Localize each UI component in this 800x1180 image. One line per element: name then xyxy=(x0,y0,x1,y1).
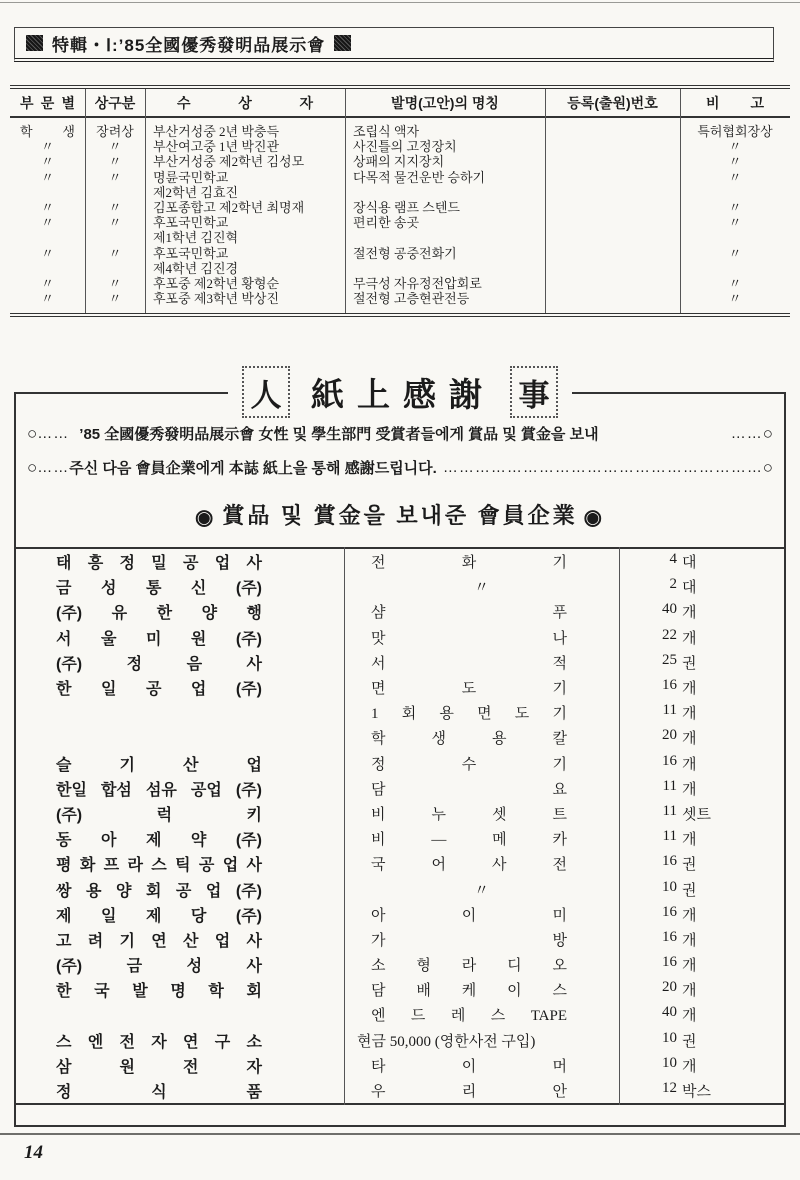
gift-qty: 20 개 xyxy=(619,979,784,1000)
gift-qty-unit: 개 xyxy=(677,1055,697,1076)
gift-qty-number: 11 xyxy=(619,803,677,824)
cell-note: 〃 xyxy=(680,215,790,230)
gift-item: 담 요 xyxy=(344,778,619,799)
gift-qty: 16 개 xyxy=(619,929,784,950)
gift-qty-unit: 권 xyxy=(677,652,697,673)
gift-qty-number: 16 xyxy=(619,677,677,698)
company-row: (주) 럭 키 비 누 셋 트 11 셋트 xyxy=(16,801,784,826)
cell-category: 〃 xyxy=(10,291,85,306)
cell-winner: 제2학년 김효진 xyxy=(145,185,345,200)
cell-regno xyxy=(545,185,680,200)
cell-category xyxy=(10,261,85,276)
gift-qty-unit: 개 xyxy=(677,778,697,799)
gift-qty-number: 16 xyxy=(619,954,677,975)
cell-winner: 후포국민학교 xyxy=(145,246,345,261)
gift-qty-number: 40 xyxy=(619,601,677,622)
company-row: 고 려 기 연 산 업 사 가 방 16 개 xyxy=(16,927,784,952)
gift-qty: 16 개 xyxy=(619,954,784,975)
gift-qty: 10 개 xyxy=(619,1055,784,1076)
cell-invention: 무극성 자유정전압회로 xyxy=(345,276,545,291)
gift-qty: 16 개 xyxy=(619,904,784,925)
cell-note: 〃 xyxy=(680,291,790,306)
cell-invention: 사진틀의 고정장치 xyxy=(345,139,545,154)
cell-regno xyxy=(545,230,680,245)
gift-item: 맛 나 xyxy=(344,627,619,648)
awards-col-regno: 등록(출원)번호 xyxy=(545,93,680,113)
cell-regno xyxy=(545,200,680,215)
gift-qty-number: 20 xyxy=(619,979,677,1000)
gift-qty-number: 4 xyxy=(619,551,677,572)
company-name: 쌍 용 양 회 공 업 (주) xyxy=(16,878,344,901)
award-line: 제4학년 김진경 xyxy=(10,261,790,276)
cell-award xyxy=(85,261,145,276)
cell-winner: 후포국민학교 xyxy=(145,215,345,230)
cell-award: 〃 xyxy=(85,139,145,154)
gift-qty: 22 개 xyxy=(619,627,784,648)
dot-leader: …… xyxy=(37,425,69,442)
cell-winner: 명륜국민학교 xyxy=(145,170,345,185)
companies-divider xyxy=(344,547,345,1105)
cell-winner: 후포중 제2학년 황형순 xyxy=(145,276,345,291)
companies-heading: ◉賞品 및 賞金을 보내준 會員企業◉ xyxy=(16,499,784,530)
gift-qty-unit: 박스 xyxy=(677,1080,711,1101)
gift-item: 비 누 셋 트 xyxy=(344,803,619,824)
company-name: 서 울 미 원 (주) xyxy=(16,626,344,649)
gift-qty-unit: 개 xyxy=(677,753,697,774)
cell-note xyxy=(680,230,790,245)
gift-item: 엔 드 레 스 TAPE xyxy=(344,1004,619,1025)
company-row: 제 일 제 당 (주) 아 이 미 16 개 xyxy=(16,902,784,927)
cell-invention: 편리한 송곳 xyxy=(345,215,545,230)
gift-qty-number: 25 xyxy=(619,652,677,673)
gift-qty-unit: 권 xyxy=(677,879,697,900)
awards-divider xyxy=(345,89,346,313)
cell-invention xyxy=(345,185,545,200)
gift-qty: 16 권 xyxy=(619,853,784,874)
company-name: 삼 원 전 자 xyxy=(16,1054,344,1077)
gift-qty-unit: 개 xyxy=(677,702,697,723)
company-name: 제 일 제 당 (주) xyxy=(16,903,344,926)
cell-award: 〃 xyxy=(85,200,145,215)
company-row: 슬 기 산 업 정 수 기 16 개 xyxy=(16,751,784,776)
gift-item: 면 도 기 xyxy=(344,677,619,698)
company-row: (주) 금 성 사 소 형 라 디 오 16 개 xyxy=(16,952,784,977)
gift-qty: 12 박스 xyxy=(619,1080,784,1101)
company-row: (주) 유 한 양 행 샴 푸 40 개 xyxy=(16,599,784,624)
gift-qty-unit: 개 xyxy=(677,627,697,648)
company-row: 금 성 통 신 (주) 〃 2 대 xyxy=(16,574,784,599)
cell-note: 〃 xyxy=(680,170,790,185)
gift-qty-number: 16 xyxy=(619,853,677,874)
cell-award xyxy=(85,230,145,245)
cell-category: 〃 xyxy=(10,154,85,169)
company-name: (주) 럭 키 xyxy=(16,802,344,825)
gift-item: 학 생 용 칼 xyxy=(344,727,619,748)
gift-item: 1 회 용 면 도 기 xyxy=(344,702,619,723)
gift-qty-unit: 개 xyxy=(677,677,697,698)
company-name: 정 식 품 xyxy=(16,1079,344,1102)
company-name: 금 성 통 신 (주) xyxy=(16,575,344,598)
gift-qty-number: 16 xyxy=(619,904,677,925)
company-name: 태 흥 정 밀 공 업 사 xyxy=(16,550,344,573)
gift-item: 소 형 라 디 오 xyxy=(344,954,619,975)
cell-invention: 조립식 액자 xyxy=(345,124,545,139)
gift-qty-unit: 개 xyxy=(677,954,697,975)
award-line: 〃 〃 부산여고중 1년 박진관 사진틀의 고정장치 〃 xyxy=(10,139,790,154)
cell-invention: 상패의 지지장치 xyxy=(345,154,545,169)
cell-note xyxy=(680,185,790,200)
gift-qty-number: 40 xyxy=(619,1004,677,1025)
page-top-rule xyxy=(0,2,800,3)
gift-qty-number: 16 xyxy=(619,753,677,774)
gift-qty: 40 개 xyxy=(619,601,784,622)
cell-award: 〃 xyxy=(85,276,145,291)
cell-category xyxy=(10,230,85,245)
intro-line-2-text: 주신 다음 會員企業에게 本誌 紙上을 통해 感謝드립니다. xyxy=(69,457,437,478)
cell-regno xyxy=(545,170,680,185)
circle-icon: ○ xyxy=(27,424,37,444)
cell-category xyxy=(10,185,85,200)
gift-qty: 16 개 xyxy=(619,753,784,774)
cell-category: 〃 xyxy=(10,276,85,291)
awards-col-note: 비 고 xyxy=(680,93,790,113)
gift-item: 〃 xyxy=(344,576,619,597)
company-name: 고 려 기 연 산 업 사 xyxy=(16,928,344,951)
cell-regno xyxy=(545,139,680,154)
cell-invention: 절전형 공중전화기 xyxy=(345,246,545,261)
dot-leader: …… xyxy=(731,425,763,442)
award-line: 〃 〃 부산거성중 제2학년 김성모 상패의 지지장치 〃 xyxy=(10,154,790,169)
award-line: 〃 〃 후포국민학교 편리한 송곳 〃 xyxy=(10,215,790,230)
company-row: 한 일 공 업 (주) 면 도 기 16 개 xyxy=(16,675,784,700)
gift-qty-number: 20 xyxy=(619,727,677,748)
magazine-page: 特輯・Ⅰ:’85全國優秀發明品展示會 부 문 별 상구분 수 상 자 발명(고안… xyxy=(0,0,800,1180)
section-header-box: 特輯・Ⅰ:’85全國優秀發明品展示會 xyxy=(14,27,774,62)
cell-note: 특허협회장상 xyxy=(680,124,790,139)
company-name: (주) 정 음 사 xyxy=(16,651,344,674)
gift-qty-unit: 개 xyxy=(677,979,697,1000)
gift-qty: 25 권 xyxy=(619,652,784,673)
company-name: 슬 기 산 업 xyxy=(16,752,344,775)
gift-qty-number: 16 xyxy=(619,929,677,950)
gift-qty: 20 개 xyxy=(619,727,784,748)
cell-award: 〃 xyxy=(85,154,145,169)
gift-item: 타 이 머 xyxy=(344,1055,619,1076)
gift-item: 아 이 미 xyxy=(344,904,619,925)
dot-leader: …… xyxy=(37,459,69,476)
thanks-title: 人 紙上感謝 事 xyxy=(228,366,572,418)
deco-block-icon xyxy=(26,35,43,51)
gift-qty-number: 11 xyxy=(619,828,677,849)
awards-col-winner: 수 상 자 xyxy=(145,93,345,113)
gift-qty: 11 개 xyxy=(619,778,784,799)
gift-qty-number: 11 xyxy=(619,702,677,723)
company-row: 스 엔 전 자 연 구 소 현금 50,000 (영한사전 구입) 10 권 xyxy=(16,1028,784,1053)
cell-note: 〃 xyxy=(680,154,790,169)
companies-divider xyxy=(619,547,620,1105)
gift-qty-number: 10 xyxy=(619,879,677,900)
cell-regno xyxy=(545,246,680,261)
intro-line-1-text: ’85 全國優秀發明品展示會 女性 및 學生部門 受賞者들에게 賞品 및 賞金을… xyxy=(79,423,730,444)
cell-invention xyxy=(345,230,545,245)
cell-category: 〃 xyxy=(10,170,85,185)
cell-category: 〃 xyxy=(10,200,85,215)
awards-divider xyxy=(545,89,546,313)
title-text: 紙上感謝 xyxy=(305,369,495,416)
gift-qty: 16 개 xyxy=(619,677,784,698)
company-row: 동 아 제 약 (주) 비 — 메 카 11 개 xyxy=(16,826,784,851)
cell-regno xyxy=(545,124,680,139)
gift-qty-unit: 개 xyxy=(677,904,697,925)
company-name: 스 엔 전 자 연 구 소 xyxy=(16,1029,344,1052)
awards-divider xyxy=(85,89,86,313)
company-row: 쌍 용 양 회 공 업 (주) 〃 10 권 xyxy=(16,876,784,901)
award-line: 〃 〃 후포중 제2학년 황형순 무극성 자유정전압회로 〃 xyxy=(10,276,790,291)
cell-winner: 후포중 제3학년 박상진 xyxy=(145,291,345,306)
awards-divider xyxy=(680,89,681,313)
cell-category: 학 생 xyxy=(10,124,85,139)
bullseye-icon: ◉ xyxy=(189,505,222,529)
gift-item: 〃 xyxy=(344,879,619,900)
section-header-title: 特輯・Ⅰ:’85全國優秀發明品展示會 xyxy=(52,31,325,56)
gift-item: 담 배 케 이 스 xyxy=(344,979,619,1000)
gift-qty: 4 대 xyxy=(619,551,784,572)
cell-award: 〃 xyxy=(85,291,145,306)
gift-qty-unit: 대 xyxy=(677,576,697,597)
award-line: 〃 〃 후포중 제3학년 박상진 절전형 고층현관전등 〃 xyxy=(10,291,790,306)
companies-heading-text: 賞品 및 賞金을 보내준 會員企業 xyxy=(222,503,577,528)
footer-rule xyxy=(0,1133,800,1135)
cell-award xyxy=(85,185,145,200)
thanks-box: 人 紙上感謝 事 ○ …… ’85 全國優秀發明品展示會 女性 및 學生部門 受… xyxy=(14,392,786,1127)
gift-item: 서 적 xyxy=(344,652,619,673)
gift-qty-unit: 셋트 xyxy=(677,803,711,824)
dot-leader: ……………………………………………………………………………… xyxy=(443,459,763,476)
cell-note: 〃 xyxy=(680,276,790,291)
gift-item: 정 수 기 xyxy=(344,753,619,774)
company-name: 동 아 제 약 (주) xyxy=(16,827,344,850)
cell-award: 장려상 xyxy=(85,124,145,139)
awards-col-award: 상구분 xyxy=(85,93,145,113)
company-name: 평 화 프 라 스 틱 공 업 사 xyxy=(16,852,344,875)
cell-note: 〃 xyxy=(680,200,790,215)
cell-category: 〃 xyxy=(10,246,85,261)
gift-qty-number: 11 xyxy=(619,778,677,799)
company-row: 1 회 용 면 도 기 11 개 xyxy=(16,700,784,725)
gift-item: 전 화 기 xyxy=(344,551,619,572)
cell-invention: 다목적 물건운반 승하기 xyxy=(345,170,545,185)
gift-item: 가 방 xyxy=(344,929,619,950)
cell-regno xyxy=(545,154,680,169)
circle-icon: ○ xyxy=(763,458,773,478)
gift-item: 현금 50,000 (영한사전 구입) xyxy=(344,1030,619,1051)
gift-qty: 2 대 xyxy=(619,576,784,597)
gift-qty-unit: 대 xyxy=(677,551,697,572)
awards-divider xyxy=(145,89,146,313)
cell-invention xyxy=(345,261,545,276)
cell-regno xyxy=(545,276,680,291)
gift-qty-unit: 개 xyxy=(677,1004,697,1025)
award-line: 제2학년 김효진 xyxy=(10,185,790,200)
page-number: 14 xyxy=(24,1142,43,1164)
company-name: 한일 합섬 섬유 공업 (주) xyxy=(16,777,344,800)
gift-qty-unit: 개 xyxy=(677,828,697,849)
award-line: 제1학년 김진혁 xyxy=(10,230,790,245)
gift-qty-number: 12 xyxy=(619,1080,677,1101)
title-boxed-char-left: 人 xyxy=(242,366,290,418)
awards-table: 부 문 별 상구분 수 상 자 발명(고안)의 명칭 등록(출원)번호 비 고 … xyxy=(10,85,790,317)
cell-category: 〃 xyxy=(10,215,85,230)
gift-qty-number: 2 xyxy=(619,576,677,597)
gift-qty: 40 개 xyxy=(619,1004,784,1025)
cell-regno xyxy=(545,215,680,230)
gift-qty: 10 권 xyxy=(619,879,784,900)
cell-invention: 절전형 고층현관전등 xyxy=(345,291,545,306)
company-name: (주) 유 한 양 행 xyxy=(16,600,344,623)
cell-winner: 제1학년 김진혁 xyxy=(145,230,345,245)
cell-winner: 부산여고중 1년 박진관 xyxy=(145,139,345,154)
gift-item: 샴 푸 xyxy=(344,601,619,622)
cell-note: 〃 xyxy=(680,246,790,261)
gift-qty-unit: 개 xyxy=(677,601,697,622)
company-row: 학 생 용 칼 20 개 xyxy=(16,725,784,750)
gift-item: 우 리 안 xyxy=(344,1080,619,1101)
companies-table: 태 흥 정 밀 공 업 사 전 화 기 4 대 금 성 통 신 (주) 〃 2 … xyxy=(16,547,784,1105)
award-line: 〃 〃 명륜국민학교 다목적 물건운반 승하기 〃 xyxy=(10,170,790,185)
award-line: 〃 〃 김포종합고 제2학년 최명재 장식용 램프 스텐드 〃 xyxy=(10,200,790,215)
award-line: 학 생 장려상 부산거성중 2년 박충득 조립식 액자 특허협회장상 xyxy=(10,124,790,139)
cell-winner: 부산거성중 2년 박충득 xyxy=(145,124,345,139)
company-name: 한 일 공 업 (주) xyxy=(16,676,344,699)
cell-winner: 제4학년 김진경 xyxy=(145,261,345,276)
intro-line-2: ○ …… 주신 다음 會員企業에게 本誌 紙上을 통해 感謝드립니다. …………… xyxy=(27,457,773,478)
company-row: 정 식 품 우 리 안 12 박스 xyxy=(16,1078,784,1103)
gift-qty-unit: 개 xyxy=(677,727,697,748)
cell-note: 〃 xyxy=(680,139,790,154)
cell-award: 〃 xyxy=(85,215,145,230)
cell-category: 〃 xyxy=(10,139,85,154)
company-row: 한일 합섬 섬유 공업 (주) 담 요 11 개 xyxy=(16,776,784,801)
cell-award: 〃 xyxy=(85,246,145,261)
deco-block-icon xyxy=(334,35,351,51)
company-name: (주) 금 성 사 xyxy=(16,953,344,976)
company-row: 평 화 프 라 스 틱 공 업 사 국 어 사 전 16 권 xyxy=(16,851,784,876)
gift-qty: 11 개 xyxy=(619,828,784,849)
circle-icon: ○ xyxy=(763,424,773,444)
company-row: 서 울 미 원 (주) 맛 나 22 개 xyxy=(16,625,784,650)
cell-note xyxy=(680,261,790,276)
gift-item: 국 어 사 전 xyxy=(344,853,619,874)
circle-icon: ○ xyxy=(27,458,37,478)
company-row: 엔 드 레 스 TAPE 40 개 xyxy=(16,1002,784,1027)
cell-invention: 장식용 램프 스텐드 xyxy=(345,200,545,215)
cell-regno xyxy=(545,291,680,306)
cell-award: 〃 xyxy=(85,170,145,185)
awards-col-invention: 발명(고안)의 명칭 xyxy=(345,93,545,113)
gift-item: 비 — 메 카 xyxy=(344,828,619,849)
company-row: (주) 정 음 사 서 적 25 권 xyxy=(16,650,784,675)
company-row: 한 국 발 명 학 회 담 배 케 이 스 20 개 xyxy=(16,977,784,1002)
awards-body: 학 생 장려상 부산거성중 2년 박충득 조립식 액자 특허협회장상 〃 〃 부… xyxy=(10,118,790,313)
company-row: 태 흥 정 밀 공 업 사 전 화 기 4 대 xyxy=(16,549,784,574)
cell-winner: 부산거성중 제2학년 김성모 xyxy=(145,154,345,169)
company-row: 삼 원 전 자 타 이 머 10 개 xyxy=(16,1053,784,1078)
intro-line-1: ○ …… ’85 全國優秀發明品展示會 女性 및 學生部門 受賞者들에게 賞品 … xyxy=(27,423,773,444)
gift-qty-number: 10 xyxy=(619,1055,677,1076)
gift-qty: 11 셋트 xyxy=(619,803,784,824)
gift-qty-unit: 개 xyxy=(677,929,697,950)
gift-qty-number: 22 xyxy=(619,627,677,648)
bullseye-icon: ◉ xyxy=(578,505,611,529)
gift-qty: 10 권 xyxy=(619,1030,784,1051)
cell-regno xyxy=(545,261,680,276)
company-name: 한 국 발 명 학 회 xyxy=(16,978,344,1001)
gift-qty-number: 10 xyxy=(619,1030,677,1051)
title-boxed-char-right: 事 xyxy=(510,366,558,418)
gift-qty-unit: 권 xyxy=(677,853,697,874)
gift-qty-unit: 권 xyxy=(677,1030,697,1051)
cell-winner: 김포종합고 제2학년 최명재 xyxy=(145,200,345,215)
gift-qty: 11 개 xyxy=(619,702,784,723)
award-line: 〃 〃 후포국민학교 절전형 공중전화기 〃 xyxy=(10,246,790,261)
awards-col-category: 부 문 별 xyxy=(10,93,85,113)
awards-header-row: 부 문 별 상구분 수 상 자 발명(고안)의 명칭 등록(출원)번호 비 고 xyxy=(10,89,790,118)
